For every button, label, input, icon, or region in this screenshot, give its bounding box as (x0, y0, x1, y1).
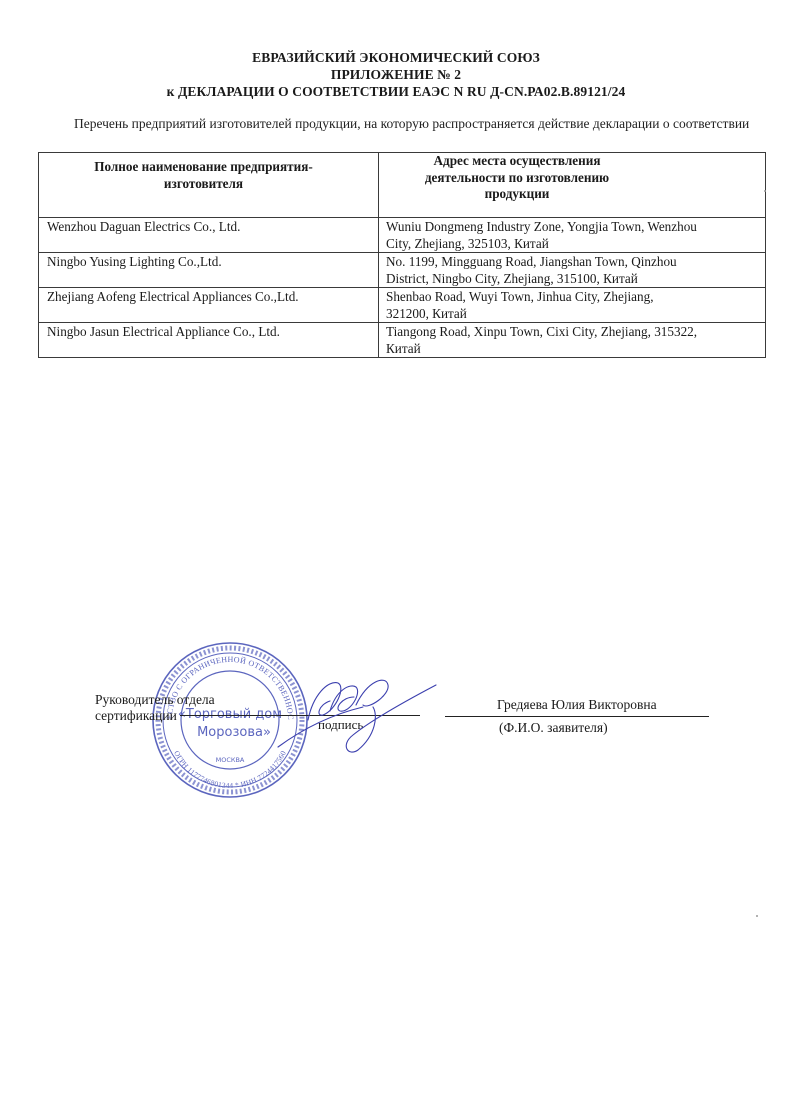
scan-speck (756, 915, 758, 917)
header-name-line: изготовителя (39, 176, 368, 193)
scan-speck (764, 190, 766, 192)
position-line: сертификации (95, 708, 215, 724)
table-row: Wenzhou Daguan Electrics Co., Ltd. Wuniu… (39, 218, 766, 253)
manufacturer-address: Tiangong Road, Xinpu Town, Cixi City, Zh… (379, 323, 766, 358)
heading-declaration: к ДЕКЛАРАЦИИ О СООТВЕТСТВИИ ЕАЭС N RU Д-… (0, 83, 792, 100)
address-line: Китай (386, 341, 761, 358)
header-name-line: Полное наименование предприятия- (39, 159, 368, 176)
table-header-row: Полное наименование предприятия- изготов… (39, 153, 766, 218)
address-line: Tiangong Road, Xinpu Town, Cixi City, Zh… (386, 324, 761, 341)
table-row: Ningbo Yusing Lighting Co.,Ltd. No. 1199… (39, 253, 766, 288)
manufacturer-name: Ningbo Jasun Electrical Appliance Co., L… (39, 323, 379, 358)
position-line: Руководитель отдела (95, 692, 215, 708)
address-line: District, Ningbo City, Zhejiang, 315100,… (386, 271, 761, 288)
svg-text:МОСКВА: МОСКВА (216, 756, 245, 764)
address-line: Wuniu Dongmeng Industry Zone, Yongjia To… (386, 219, 761, 236)
manufacturer-name: Zhejiang Aofeng Electrical Appliances Co… (39, 288, 379, 323)
manufacturer-name: Wenzhou Daguan Electrics Co., Ltd. (39, 218, 379, 253)
intro-text: Перечень предприятий изготовителей проду… (74, 116, 749, 132)
heading-appendix: ПРИЛОЖЕНИЕ № 2 (0, 66, 792, 83)
column-header-name: Полное наименование предприятия- изготов… (39, 153, 379, 218)
header-address-line: продукции (379, 186, 655, 203)
address-line: Shenbao Road, Wuyi Town, Jinhua City, Zh… (386, 289, 761, 306)
table-row: Ningbo Jasun Electrical Appliance Co., L… (39, 323, 766, 358)
document-heading: ЕВРАЗИЙСКИЙ ЭКОНОМИЧЕСКИЙ СОЮЗ ПРИЛОЖЕНИ… (0, 49, 792, 100)
applicant-caption: (Ф.И.О. заявителя) (499, 720, 608, 736)
handwritten-signature-icon (268, 665, 438, 765)
svg-text:Морозова»: Морозова» (197, 725, 271, 740)
table-row: Zhejiang Aofeng Electrical Appliances Co… (39, 288, 766, 323)
address-line: 321200, Китай (386, 306, 761, 323)
applicant-line (445, 716, 709, 717)
signatory-position: Руководитель отдела сертификации (95, 692, 215, 724)
manufacturer-address: Wuniu Dongmeng Industry Zone, Yongjia To… (379, 218, 766, 253)
manufacturers-table: Полное наименование предприятия- изготов… (38, 152, 766, 358)
header-address-line: деятельности по изготовлению (379, 170, 655, 187)
header-address-line: Адрес места осуществления (379, 153, 655, 170)
address-line: City, Zhejiang, 325103, Китай (386, 236, 761, 253)
heading-union: ЕВРАЗИЙСКИЙ ЭКОНОМИЧЕСКИЙ СОЮЗ (0, 49, 792, 66)
manufacturer-address: Shenbao Road, Wuyi Town, Jinhua City, Zh… (379, 288, 766, 323)
applicant-name: Гредяева Юлия Викторовна (497, 697, 657, 713)
column-header-address: Адрес места осуществления деятельности п… (379, 153, 766, 218)
manufacturer-name: Ningbo Yusing Lighting Co.,Ltd. (39, 253, 379, 288)
address-line: No. 1199, Mingguang Road, Jiangshan Town… (386, 254, 761, 271)
manufacturer-address: No. 1199, Mingguang Road, Jiangshan Town… (379, 253, 766, 288)
